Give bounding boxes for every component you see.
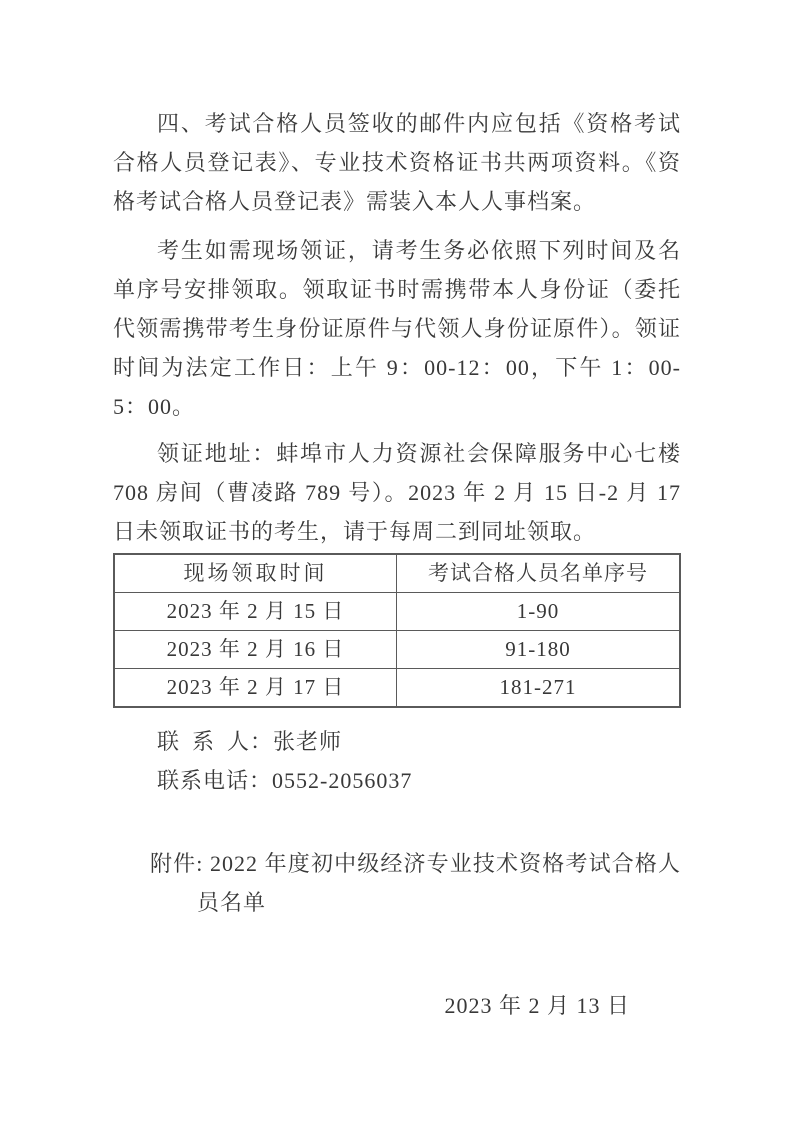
contact-phone-number: 0552-2056037 <box>272 768 412 793</box>
attachment-line: 附件: 2022 年度初中级经济专业技术资格考试合格人员名单 <box>113 844 681 922</box>
cell-serial-range: 1-90 <box>397 593 681 631</box>
table-header-row: 现场领取时间 考试合格人员名单序号 <box>114 554 680 593</box>
contact-person-name: 张老师 <box>273 729 342 754</box>
paragraph-mail-contents: 四、考试合格人员签收的邮件内应包括《资格考试合格人员登记表》、专业技术资格证书共… <box>113 104 681 221</box>
paragraph-onsite-pickup: 考生如需现场领证，请考生务必依照下列时间及名单序号安排领取。领取证书时需携带本人… <box>113 231 681 426</box>
paragraph-pickup-address: 领证地址：蚌埠市人力资源社会保障服务中心七楼 708 房间（曹凌路 789 号）… <box>113 434 681 551</box>
contact-block: 联 系 人：张老师 联系电话：0552-2056037 <box>157 722 681 800</box>
header-pickup-time: 现场领取时间 <box>114 554 397 593</box>
contact-person-line: 联 系 人：张老师 <box>157 722 681 761</box>
contact-phone-line: 联系电话：0552-2056037 <box>157 761 681 800</box>
attachment-title: 2022 年度初中级经济专业技术资格考试合格人员名单 <box>197 851 681 915</box>
pickup-schedule-table: 现场领取时间 考试合格人员名单序号 2023 年 2 月 15 日 1-90 2… <box>113 553 681 708</box>
contact-person-label: 联 系 人： <box>157 729 273 754</box>
cell-pickup-date: 2023 年 2 月 15 日 <box>114 593 397 631</box>
header-serial-range: 考试合格人员名单序号 <box>397 554 681 593</box>
document-page: 四、考试合格人员签收的邮件内应包括《资格考试合格人员登记表》、专业技术资格证书共… <box>0 0 793 1122</box>
cell-pickup-date: 2023 年 2 月 17 日 <box>114 669 397 708</box>
contact-phone-label: 联系电话： <box>157 768 272 793</box>
cell-serial-range: 181-271 <box>397 669 681 708</box>
issue-date: 2023 年 2 月 13 日 <box>113 986 681 1025</box>
table-row: 2023 年 2 月 15 日 1-90 <box>114 593 680 631</box>
table-row: 2023 年 2 月 16 日 91-180 <box>114 631 680 669</box>
notice-body: 四、考试合格人员签收的邮件内应包括《资格考试合格人员登记表》、专业技术资格证书共… <box>113 104 681 1025</box>
cell-serial-range: 91-180 <box>397 631 681 669</box>
table-row: 2023 年 2 月 17 日 181-271 <box>114 669 680 708</box>
attachment-label: 附件: <box>150 851 203 876</box>
cell-pickup-date: 2023 年 2 月 16 日 <box>114 631 397 669</box>
